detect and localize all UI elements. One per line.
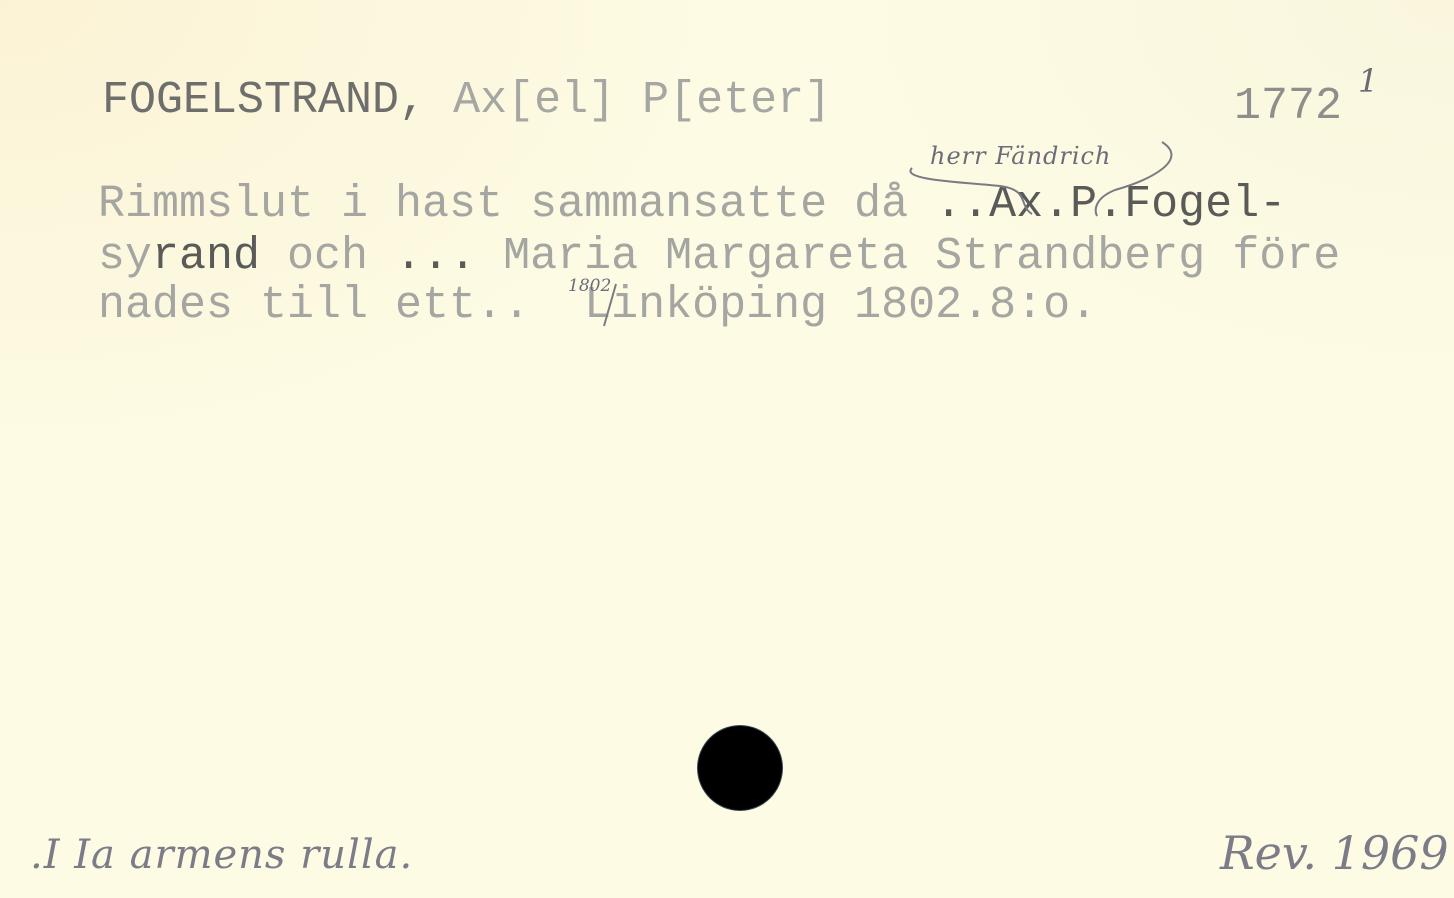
punch-hole [698,726,782,810]
body-line-2-ellipsis: ... [395,231,476,282]
handwritten-insertion-year: 1802 [568,276,611,296]
index-card: FOGELSTRAND, Ax[el] P[eter] 1772 1 herr … [0,0,1454,898]
given-names: Ax[el] P[eter] [453,75,831,126]
body-line-2-part-c: och [260,231,395,282]
surname: FOGELSTRAND, [102,75,426,126]
card-heading-name: FOGELSTRAND, Ax[el] P[eter] [102,78,831,123]
year-handwritten-mark: 1 [1358,62,1378,100]
handwritten-insertion-title: herr Fändrich [930,142,1111,170]
handwritten-note-bottom-left: .I Ia armens rulla. [30,832,413,878]
body-line-1-name: ..Ax.P.Fogel- [935,179,1286,230]
body-line-2: syrand och ... Maria Margareta Strandber… [98,234,1340,279]
body-line-1-text: Rimmslut i hast sammansatte då [98,179,935,230]
body-line-3-part-b: Linköping 1802.8:o. [584,280,1097,331]
body-line-1: Rimmslut i hast sammansatte då ..Ax.P.Fo… [98,182,1286,227]
body-line-3-part-a: nades till ett.. [98,280,530,331]
body-line-2-part-b: rand [152,231,260,282]
body-line-2-part-e: Maria Margareta Strandberg före [476,231,1340,282]
handwritten-revision-note: Rev. 1969 [1220,826,1449,880]
body-line-2-part-a: sy [98,231,152,282]
birth-year: 1772 [1234,84,1342,129]
